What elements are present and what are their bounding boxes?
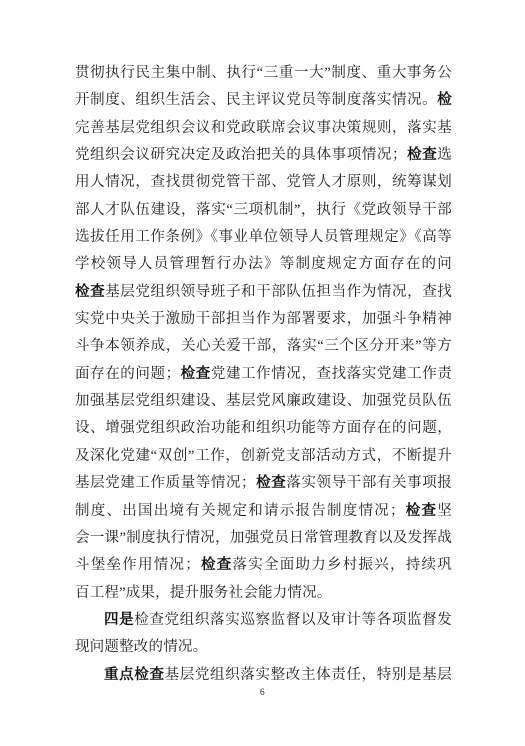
text-line: 斗堡垒作用情况；检查落实全面助力乡村振兴，持续巩固“双 — [75, 552, 452, 579]
body-text: 制度、出国出境有关规定和请示报告制度情况； — [75, 503, 405, 519]
body-text: 选拔任用工作条例》《事业单位领导人员管理规定》《高等 — [75, 229, 452, 245]
text-line: 学校领导人员管理暂行办法》等制度规定方面存在的问题； — [75, 251, 452, 278]
body-text: 贯彻执行民主集中制、执行“三重一大”制度、重大事务公 — [75, 65, 452, 81]
body-text: 党组织会议研究决定及政治把关的具体事项情况； — [75, 147, 407, 163]
body-text: 学校领导人员管理暂行办法》等制度规定方面存在的问题； — [75, 256, 452, 278]
body-text: 设、增强党组织政治功能和组织功能等方面存在的问题，以 — [75, 420, 452, 442]
text-line: 面存在的问题；检查党建工作情况，查找落实党建工作责任、 — [75, 361, 452, 388]
text-line: 开制度、组织生活会、民主评议党员等制度落实情况。检查 — [75, 87, 452, 114]
emphasis-text: 检查 — [256, 475, 287, 491]
body-text: 基层党组织领导班子和干部队伍担当作为情况，查找落 — [75, 284, 452, 306]
body-text: 现问题整改的情况。 — [75, 639, 207, 655]
text-line: 现问题整改的情况。 — [75, 634, 452, 661]
emphasis-text: 四是 — [104, 612, 134, 628]
body-text: 会一课”制度执行情况，加强党员日常管理教育以及发挥战 — [75, 530, 452, 546]
body-text: 完善基层党组织会议和党政联席会议事决策规则，落实基层 — [75, 120, 452, 142]
body-text: 百工程”成果，提升服务社会能力情况。 — [75, 585, 332, 601]
text-line: 检查基层党组织领导班子和干部队伍担当作为情况，查找落 — [75, 279, 452, 306]
body-text: 用人情况，查找贯彻党管干部、党管人才原则，统筹谋划干 — [75, 174, 452, 196]
body-text: 开制度、组织生活会、民主评议党员等制度落实情况。 — [75, 92, 437, 108]
body-text: 实党中央关于激励干部担当作为部署要求，加强斗争精神和 — [75, 311, 452, 333]
emphasis-text: 检查 — [407, 147, 438, 163]
text-line: 选拔任用工作条例》《事业单位领导人员管理规定》《高等 — [75, 224, 452, 251]
text-line: 实党中央关于激励干部担当作为部署要求，加强斗争精神和 — [75, 306, 452, 333]
emphasis-text: 检查 — [75, 284, 105, 300]
text-line: 及深化党建“双创”工作，创新党支部活动方式，不断提升 — [75, 443, 452, 470]
text-line: 会一课”制度执行情况，加强党员日常管理教育以及发挥战 — [75, 525, 452, 552]
text-block: 贯彻执行民主集中制、执行“三重一大”制度、重大事务公开制度、组织生活会、民主评议… — [75, 60, 452, 689]
emphasis-text: 检查 — [180, 366, 211, 382]
body-text: 检查党组织落实巡察监督以及审计等各项监督发 — [134, 612, 452, 628]
text-line: 四是检查党组织落实巡察监督以及审计等各项监督发 — [75, 607, 452, 634]
text-line: 贯彻执行民主集中制、执行“三重一大”制度、重大事务公 — [75, 60, 452, 87]
text-line: 加强基层党组织建设、基层党风廉政建设、加强党员队伍建 — [75, 388, 452, 415]
body-text: 斗争本领养成，关心关爱干部，落实“三个区分开来”等方 — [75, 338, 452, 354]
emphasis-text: 重点检查 — [104, 667, 165, 683]
text-line: 设、增强党组织政治功能和组织功能等方面存在的问题，以 — [75, 415, 452, 442]
text-line: 完善基层党组织会议和党政联席会议事决策规则，落实基层 — [75, 115, 452, 142]
body-text: 基层党建工作质量等情况； — [75, 475, 256, 491]
text-line: 部人才队伍建设，落实“三项机制”，执行《党政领导干部 — [75, 197, 452, 224]
document-page: 贯彻执行民主集中制、执行“三重一大”制度、重大事务公开制度、组织生活会、民主评议… — [0, 0, 525, 746]
body-text: 斗堡垒作用情况； — [75, 557, 200, 573]
body-text: 及深化党建“双创”工作，创新党支部活动方式，不断提升 — [75, 448, 452, 464]
text-line: 百工程”成果，提升服务社会能力情况。 — [75, 580, 452, 607]
emphasis-text: 检查 — [405, 503, 438, 519]
body-text: 部人才队伍建设，落实“三项机制”，执行《党政领导干部 — [75, 202, 452, 218]
text-line: 斗争本领养成，关心关爱干部，落实“三个区分开来”等方 — [75, 333, 452, 360]
text-line: 党组织会议研究决定及政治把关的具体事项情况；检查选人 — [75, 142, 452, 169]
text-line: 重点检查基层党组织落实整改主体责任，特别是基层党 — [75, 662, 452, 689]
emphasis-text: 检查 — [200, 557, 233, 573]
text-line: 用人情况，查找贯彻党管干部、党管人才原则，统筹谋划干 — [75, 169, 452, 196]
text-line: 制度、出国出境有关规定和请示报告制度情况；检查坚持“三 — [75, 498, 452, 525]
body-text: 面存在的问题； — [75, 366, 180, 382]
body-text: 加强基层党组织建设、基层党风廉政建设、加强党员队伍建 — [75, 393, 452, 415]
text-line: 基层党建工作质量等情况；检查落实领导干部有关事项报告 — [75, 470, 452, 497]
page-number: 6 — [0, 688, 525, 698]
